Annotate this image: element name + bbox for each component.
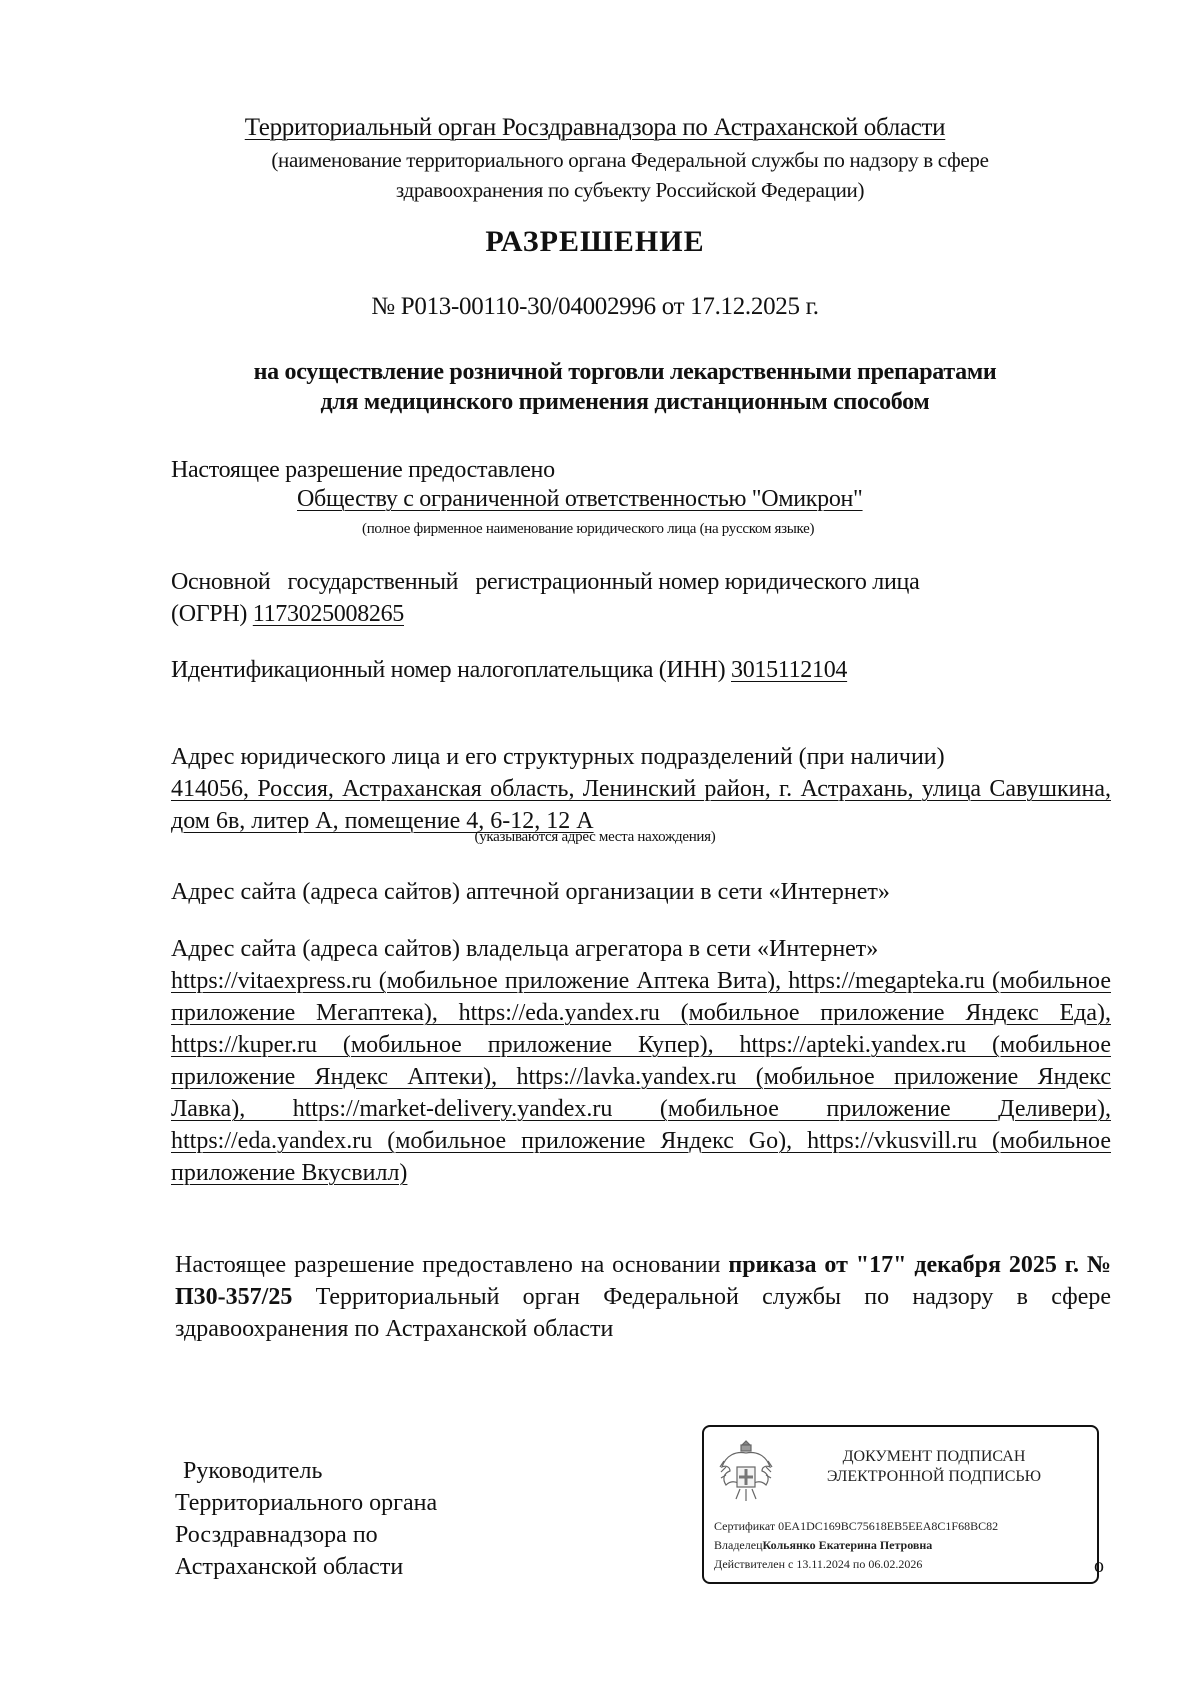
stamp-title-line-1: ДОКУМЕНТ ПОДПИСАН: [784, 1447, 1084, 1467]
signer-line-1: Руководитель: [175, 1455, 437, 1487]
address-caption: (указываются адрес места нахождения): [0, 829, 1190, 846]
basis-text-after: Территориальный орган Федеральной службы…: [175, 1284, 1111, 1342]
grantee-caption: (полное фирменное наименование юридическ…: [362, 521, 814, 538]
aggregator-sites-list: https://vitaexpress.ru (мобильное прилож…: [171, 965, 1111, 1189]
inn-value: 3015112104: [731, 657, 847, 683]
address-value: 414056, Россия, Астраханская область, Ле…: [171, 773, 1111, 837]
stamp-details: Сертификат 0EA1DC169BC75618EB5EEA8C1F68B…: [714, 1517, 998, 1574]
electronic-signature-stamp: ДОКУМЕНТ ПОДПИСАН ЭЛЕКТРОННОЙ ПОДПИСЬЮ С…: [702, 1425, 1099, 1584]
signer-line-3: Росздравнадзора по: [175, 1519, 437, 1551]
ogrn-label: Основной государственный регистрационный…: [171, 566, 1111, 598]
inn-field: Идентификационный номер налогоплательщик…: [171, 654, 1111, 686]
permit-basis: Настоящее разрешение предоставлено на ос…: [175, 1249, 1111, 1345]
inn-label: Идентификационный номер налогоплательщик…: [171, 657, 725, 683]
permit-number: № Р013-00110-30/04002996 от 17.12.2025 г…: [0, 293, 1190, 321]
pharmacy-site-label: Адрес сайта (адреса сайтов) аптечной орг…: [171, 876, 1111, 908]
signer-line-4: Астраханской области: [175, 1551, 437, 1583]
issuing-authority-name: Территориальный орган Росздравнадзора по…: [0, 114, 1190, 142]
stamp-title: ДОКУМЕНТ ПОДПИСАН ЭЛЕКТРОННОЙ ПОДПИСЬЮ: [784, 1447, 1084, 1487]
caption-line-2: здравоохранения по субъекту Российской Ф…: [180, 175, 1080, 205]
caption-line-1: (наименование территориального органа Фе…: [180, 145, 1080, 175]
certificate-label: Сертификат: [714, 1519, 775, 1533]
certificate-value: 0EA1DC169BC75618EB5EEA8C1F68BC82: [778, 1519, 998, 1533]
owner-line: ВладелецКольянко Екатерина Петровна: [714, 1536, 998, 1555]
validity-line: Действителен с 13.11.2024 по 06.02.2026: [714, 1555, 998, 1574]
ogrn-prefix: (ОГРН): [171, 601, 247, 627]
purpose-line-1: на осуществление розничной торговли лека…: [160, 357, 1090, 387]
aggregator-sites-field: Адрес сайта (адреса сайтов) владельца аг…: [171, 933, 1111, 1189]
document-title: РАЗРЕШЕНИЕ: [0, 225, 1190, 259]
stamp-title-line-2: ЭЛЕКТРОННОЙ ПОДПИСЬЮ: [784, 1467, 1084, 1487]
purpose-line-2: для медицинского применения дистанционны…: [160, 387, 1090, 417]
grantee-name: Обществу с ограниченной ответственностью…: [297, 486, 863, 513]
ogrn-value: 1173025008265: [253, 601, 404, 627]
basis-text-before: Настоящее разрешение предоставлено на ос…: [175, 1252, 728, 1278]
address-label: Адрес юридического лица и его структурны…: [171, 741, 1111, 773]
grantee-label: Настоящее разрешение предоставлено: [171, 454, 1111, 486]
coat-of-arms-icon: [716, 1437, 776, 1507]
ogrn-field: Основной государственный регистрационный…: [171, 566, 1111, 630]
issuing-authority-caption: (наименование территориального органа Фе…: [180, 145, 1080, 205]
address-field: Адрес юридического лица и его структурны…: [171, 741, 1111, 837]
aggregator-label: Адрес сайта (адреса сайтов) владельца аг…: [171, 933, 1111, 965]
document-page: Территориальный орган Росздравнадзора по…: [0, 0, 1190, 1683]
owner-value: Кольянко Екатерина Петровна: [763, 1538, 933, 1552]
stray-glyph: о: [1094, 1555, 1104, 1578]
signer-line-2: Территориального органа: [175, 1487, 437, 1519]
signer-title: Руководитель Территориального органа Рос…: [175, 1455, 437, 1583]
certificate-line: Сертификат 0EA1DC169BC75618EB5EEA8C1F68B…: [714, 1517, 998, 1536]
owner-label: Владелец: [714, 1538, 763, 1552]
permit-purpose: на осуществление розничной торговли лека…: [160, 357, 1090, 417]
